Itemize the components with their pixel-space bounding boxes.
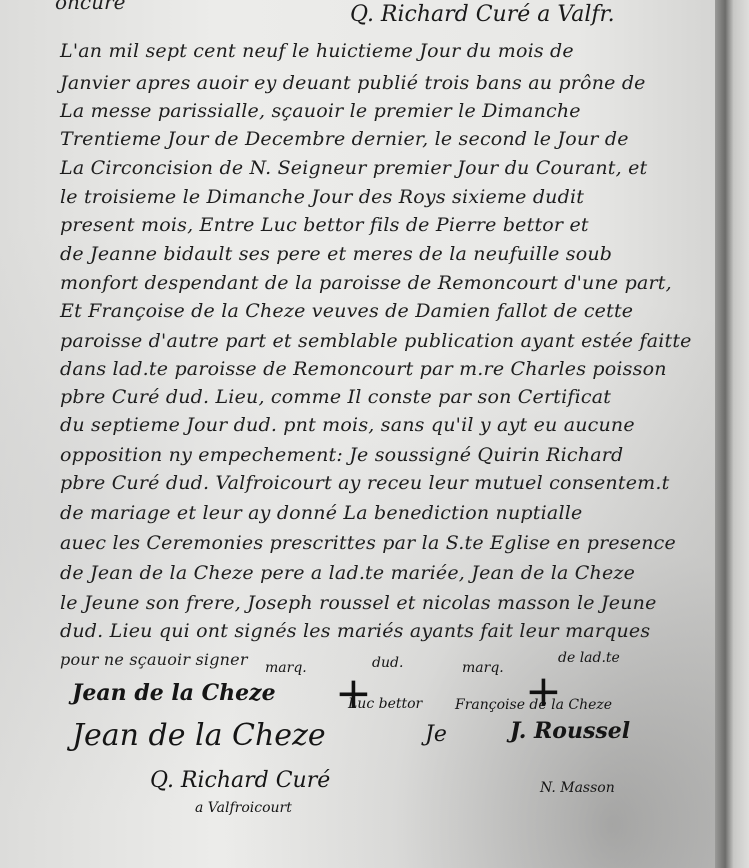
text-line: de mariage et leur ay donné La benedicti… <box>60 502 582 524</box>
bride-mark-delad: de lad.te <box>558 650 620 666</box>
text-line: le Jeune son frere, Joseph roussel et ni… <box>60 592 657 614</box>
signature-valfroicourt: a Valfroicourt <box>195 800 292 816</box>
signature-jean-de-la-cheze: Jean de la Cheze <box>72 680 276 706</box>
groom-name: Luc bettor <box>348 696 422 712</box>
text-line: auec les Ceremonies prescrittes par la S… <box>60 532 676 554</box>
header-curate-signature: Q. Richard Curé a Valfr. <box>350 2 615 27</box>
text-line: le troisieme le Dimanche Jour des Roys s… <box>60 186 584 208</box>
signature-jean-de-la-cheze-jeune: Jean de la Cheze <box>72 718 326 753</box>
bride-name: Françoise de la Cheze <box>455 697 612 713</box>
text-line: pbre Curé dud. Lieu, comme Il conste par… <box>60 386 611 408</box>
header-left-fragment: oncure <box>55 0 125 14</box>
text-line: opposition ny empechement: Je soussigné … <box>60 444 623 466</box>
text-line: La Circoncision de N. Seigneur premier J… <box>60 157 647 179</box>
groom-mark-dud: dud. <box>372 655 403 671</box>
groom-mark-label: marq. <box>265 660 307 676</box>
text-line: Janvier apres auoir ey deuant publié tro… <box>60 72 646 94</box>
text-line: L'an mil sept cent neuf le huictieme Jou… <box>60 40 574 62</box>
text-line: Trentieme Jour de Decembre dernier, le s… <box>60 128 629 150</box>
text-line: de Jean de la Cheze pere a lad.te mariée… <box>60 562 635 584</box>
text-line: de Jeanne bidault ses pere et meres de l… <box>60 243 612 265</box>
text-line: paroisse d'autre part et semblable publi… <box>60 330 692 352</box>
signature-roussel: J. Roussel <box>510 718 630 744</box>
text-line: du septieme Jour dud. pnt mois, sans qu'… <box>60 414 635 436</box>
text-line: dud. Lieu qui ont signés les mariés ayan… <box>60 620 650 642</box>
text-line: monfort despendant de la paroisse de Rem… <box>60 272 672 294</box>
signature-suffix: Je <box>425 722 447 747</box>
text-line: pour ne sçauoir signer <box>60 650 248 669</box>
text-line: La messe parissialle, sçauoir le premier… <box>60 100 581 122</box>
bride-mark-label: marq. <box>462 660 504 676</box>
text-line: dans lad.te paroisse de Remoncourt par m… <box>60 358 667 380</box>
text-line: present mois, Entre Luc bettor fils de P… <box>60 214 589 236</box>
book-binding-gutter <box>715 0 749 868</box>
text-line: Et Françoise de la Cheze veuves de Damie… <box>60 300 633 322</box>
text-line: pbre Curé dud. Valfroicourt ay receu leu… <box>60 472 669 494</box>
signature-masson: N. Masson <box>540 780 615 796</box>
signature-richard-cure: Q. Richard Curé <box>150 768 330 793</box>
